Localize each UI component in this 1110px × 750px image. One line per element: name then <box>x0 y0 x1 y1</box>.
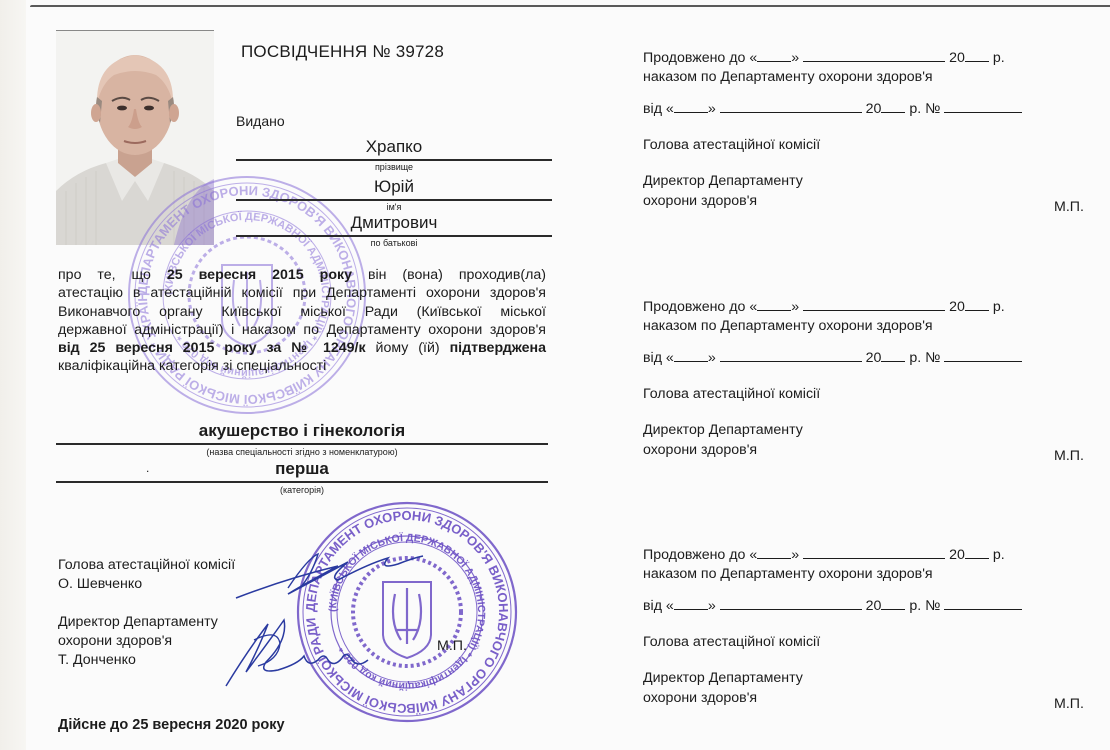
chair-signature-block: Голова атестаційної комісії О. Шевченко <box>58 556 235 594</box>
chair-title: Голова атестаційної комісії <box>58 556 235 575</box>
director-signature <box>218 610 388 690</box>
extended-to-line: Продовжено до «» 20 р. <box>643 298 1005 315</box>
category-field: перша (категорія) <box>56 459 548 496</box>
month-blank <box>803 298 945 311</box>
number-blank <box>944 100 1022 113</box>
category-caption: (категорія) <box>56 484 548 496</box>
patronymic-value: Дмитрович <box>236 213 552 233</box>
order-date-line: від «» 20 р. № <box>643 100 1022 117</box>
body-line-6: кваліфікаційна категорія зі спеціальност… <box>58 357 546 375</box>
director-signature-block: Директор Департаменту охорони здоров'я Т… <box>58 613 218 670</box>
order-date-line: від «» 20 р. № <box>643 597 1022 614</box>
category-underline <box>56 481 548 483</box>
year-blank <box>881 349 905 362</box>
patronymic-underline <box>236 235 552 237</box>
day-blank <box>757 49 791 62</box>
number-blank <box>944 597 1022 610</box>
year-blank <box>881 100 905 113</box>
specialty-underline <box>56 443 548 445</box>
patronymic-caption: по батькові <box>236 238 552 249</box>
first-name-underline <box>236 199 552 201</box>
holder-photo <box>56 30 214 245</box>
specialty-caption: (назва спеціальності згідно з номенклату… <box>56 446 548 458</box>
director-title-1: Директор Департаменту <box>58 613 218 632</box>
issued-label: Видано <box>236 113 285 129</box>
director-title-2: охорони здоров'я <box>58 632 218 651</box>
chair-title: Голова атестаційної комісії <box>643 386 820 402</box>
year-blank <box>965 546 989 559</box>
day-blank <box>674 100 708 113</box>
seal-mark: М.П. <box>1054 448 1084 464</box>
order-reference: від 25 вересня 2015 року за № 1249/к <box>58 340 366 356</box>
body-line-3: Виконавчого органу Київської міської Рад… <box>58 303 546 321</box>
top-border-line <box>30 5 1110 7</box>
certificate-title: ПОСВІДЧЕННЯ № 39728 <box>241 42 444 62</box>
body-line-1: про те, що 25 вересня 2015 року він (вон… <box>58 266 546 284</box>
seal-mark: М.П. <box>437 638 467 654</box>
stray-mark: . <box>146 461 149 475</box>
valid-until: Дійсне до 25 вересня 2020 року <box>58 717 285 733</box>
extended-to-line: Продовжено до «» 20 р. <box>643 49 1005 66</box>
attestation-text: про те, що 25 вересня 2015 року він (вон… <box>58 266 546 376</box>
month-blank <box>720 349 862 362</box>
order-line: наказом по Департаменту охорони здоров'я <box>643 566 933 582</box>
director-title-1: Директор Департаменту <box>643 173 803 189</box>
year-blank <box>965 298 989 311</box>
chair-name: О. Шевченко <box>58 575 235 594</box>
month-blank <box>720 100 862 113</box>
order-date-line: від «» 20 р. № <box>643 349 1022 366</box>
patronymic-field: Дмитрович по батькові <box>236 213 552 249</box>
attestation-date: 25 вересня 2015 року <box>167 267 352 283</box>
svg-text:(КИЇВСЬКОЇ МІСЬКОЇ ДЕРЖАВНОЇ А: (КИЇВСЬКОЇ МІСЬКОЇ ДЕРЖАВНОЇ АДМІНІСТРАЦ… <box>327 531 487 692</box>
month-blank <box>803 49 945 62</box>
seal-mark: М.П. <box>1054 696 1084 712</box>
surname-field: Храпко прізвище <box>236 137 552 173</box>
director-name: Т. Донченко <box>58 651 218 670</box>
seal-mark: М.П. <box>1054 199 1084 215</box>
first-name-value: Юрій <box>236 177 552 197</box>
chair-title: Голова атестаційної комісії <box>643 137 820 153</box>
day-blank <box>674 349 708 362</box>
surname-value: Храпко <box>236 137 552 157</box>
director-title-1: Директор Департаменту <box>643 670 803 686</box>
day-blank <box>757 546 791 559</box>
official-stamp-lower: ДЕПАРТАМЕНТ ОХОРОНИ ЗДОРОВ'Я ВИКОНАВЧОГО… <box>293 498 521 726</box>
director-title-1: Директор Департаменту <box>643 422 803 438</box>
svg-text:ДЕПАРТАМЕНТ ОХОРОНИ ЗДОРОВ'Я В: ДЕПАРТАМЕНТ ОХОРОНИ ЗДОРОВ'Я ВИКОНАВЧОГО… <box>293 498 511 716</box>
day-blank <box>757 298 791 311</box>
chair-signature <box>228 548 428 608</box>
order-line: наказом по Департаменту охорони здоров'я <box>643 318 933 334</box>
first-name-caption: ім'я <box>236 202 552 213</box>
number-blank <box>944 349 1022 362</box>
category-value: перша <box>56 459 548 479</box>
year-blank <box>965 49 989 62</box>
director-title-2: охорони здоров'я <box>643 690 757 706</box>
chair-title: Голова атестаційної комісії <box>643 634 820 650</box>
specialty-field: акушерство і гінекологія (назва спеціаль… <box>56 421 548 458</box>
body-line-2: атестацію в атестаційній комісії при Деп… <box>58 284 546 302</box>
month-blank <box>803 546 945 559</box>
day-blank <box>674 597 708 610</box>
first-name-field: Юрій ім'я <box>236 177 552 213</box>
order-line: наказом по Департаменту охорони здоров'я <box>643 69 933 85</box>
body-line-5: від 25 вересня 2015 року за № 1249/к йом… <box>58 339 546 357</box>
director-title-2: охорони здоров'я <box>643 442 757 458</box>
surname-underline <box>236 159 552 161</box>
surname-caption: прізвище <box>236 162 552 173</box>
year-blank <box>881 597 905 610</box>
director-title-2: охорони здоров'я <box>643 193 757 209</box>
extended-to-line: Продовжено до «» 20 р. <box>643 546 1005 563</box>
specialty-value: акушерство і гінекологія <box>56 421 548 441</box>
page-edge <box>0 0 26 750</box>
body-line-4: державної адміністрації) і наказом по Де… <box>58 321 546 339</box>
month-blank <box>720 597 862 610</box>
